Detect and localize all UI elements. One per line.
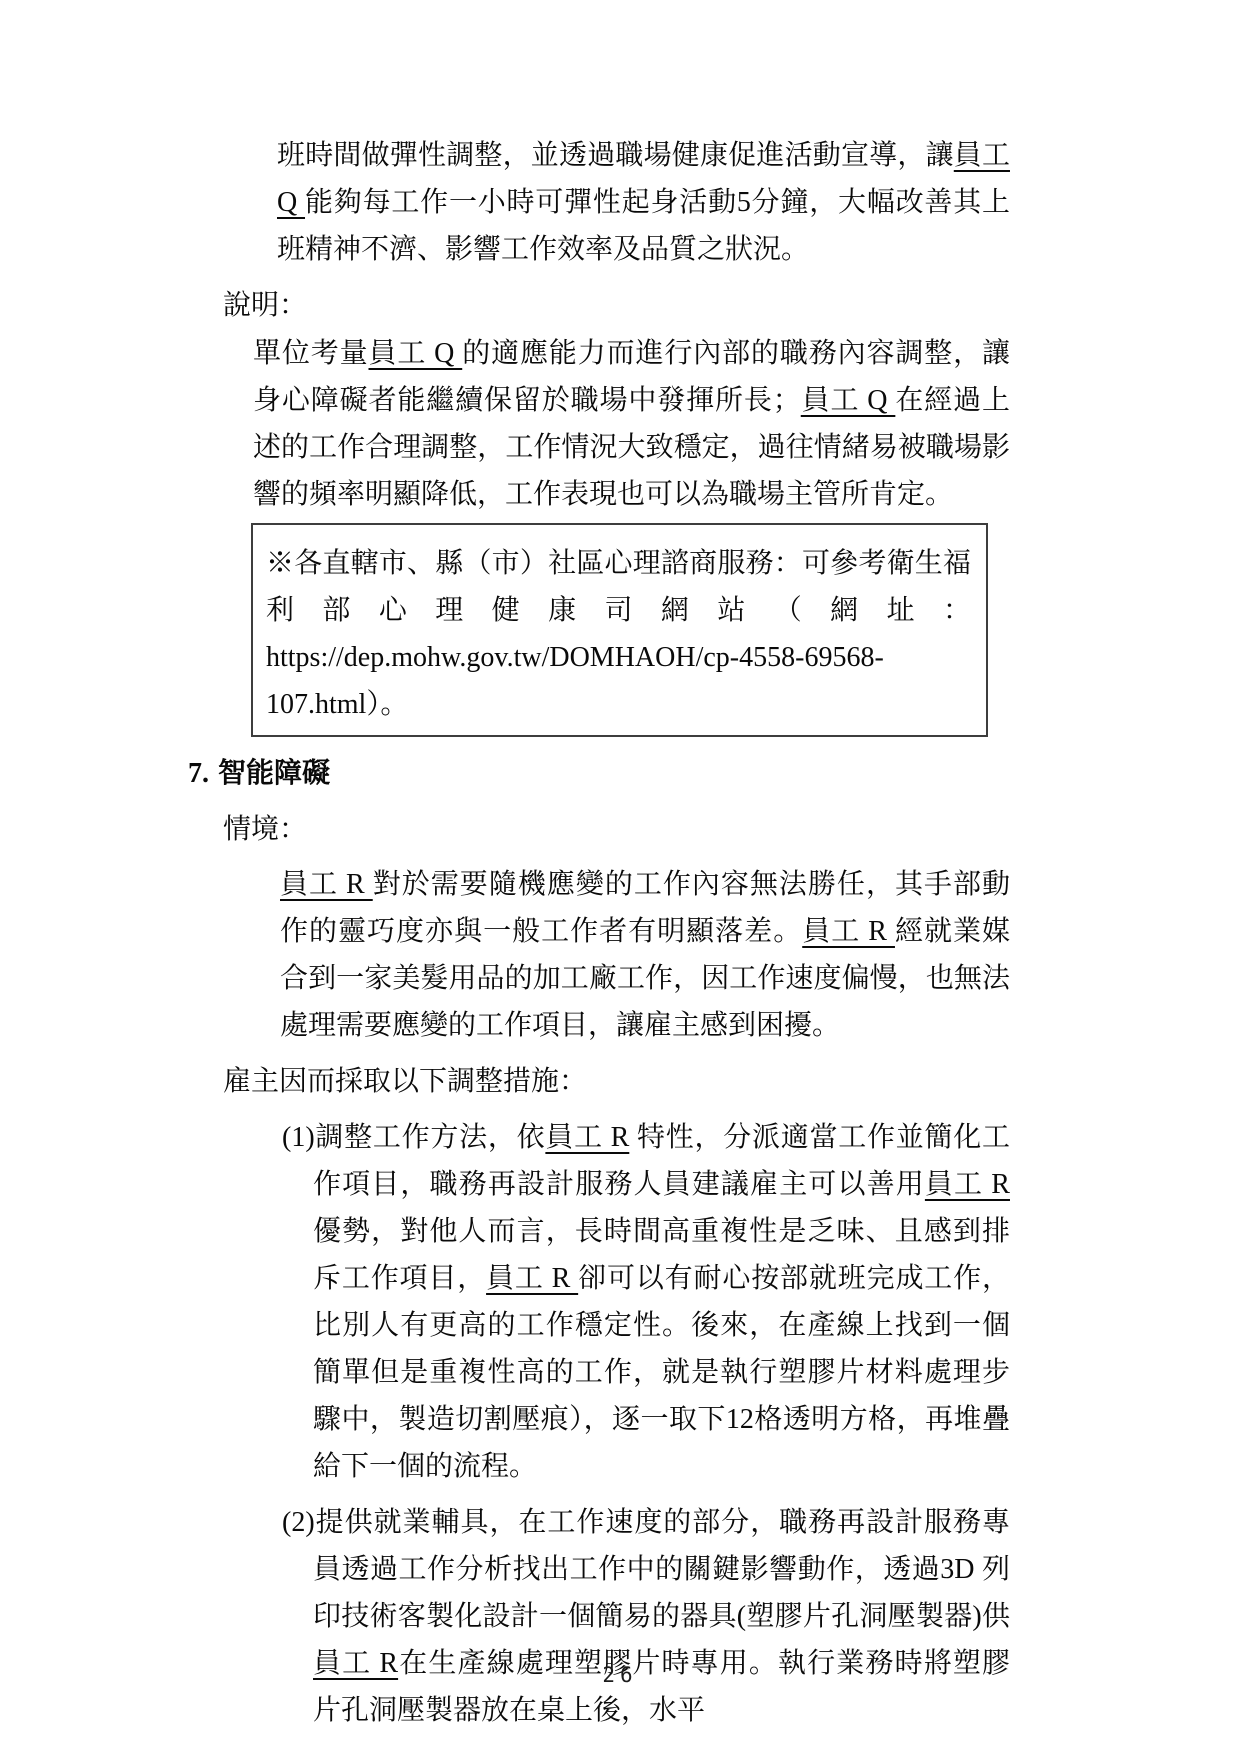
underlined-employee-ref: 員工 R <box>545 1122 629 1153</box>
text-run: 在生產線處理塑膠片時專用。執行業務時將塑膠片孔洞壓製器放在桌上後，水平 <box>313 1648 1010 1726</box>
underlined-employee-ref: 員工 R <box>802 916 895 947</box>
explain-label: 說明： <box>223 282 1010 329</box>
section-number: 7. <box>188 758 209 789</box>
scenario-label: 情境： <box>223 806 1010 853</box>
section-title: 智能障礙 <box>218 758 330 789</box>
measure-item-1: (1)調整工作方法，依員工 R 特性，分派適當工作並簡化工作項目，職務再設計服務… <box>282 1114 1010 1490</box>
text-run: ※各直轄市、縣（市）社區心理諮商服務：可參考衛生福利部心理健康司網站（網址：ht… <box>266 548 971 720</box>
note-box-text: ※各直轄市、縣（市）社區心理諮商服務：可參考衛生福利部心理健康司網站（網址：ht… <box>266 548 971 720</box>
section-heading: 7.智能障礙 <box>188 750 1010 797</box>
underlined-employee-ref: 員工 Q <box>801 385 896 416</box>
text-run: 調整工作方法，依 <box>315 1122 546 1153</box>
text-run: 提供就業輔具，在工作速度的部分，職務再設計服務專員透過工作分析找出工作中的關鍵影… <box>313 1507 1010 1632</box>
measure-2-marker: (2) <box>282 1507 315 1538</box>
text-run: 能夠每工作一小時可彈性起身活動5分鐘，大幅改善其上班精神不濟、影響工作效率及品質… <box>277 187 1010 265</box>
document-body: 班時間做彈性調整，並透過職場健康促進活動宣導，讓員工 Q 能夠每工作一小時可彈性… <box>188 132 1010 1734</box>
text-run: 卻可以有耐心按部就班完成工作，比別人有更高的工作穩定性。後來，在產線上找到一個簡… <box>313 1263 1010 1482</box>
text-run: 班時間做彈性調整，並透過職場健康促進活動宣導，讓 <box>277 140 954 171</box>
underlined-employee-ref: 員工 R <box>925 1169 1010 1200</box>
document-page: 班時間做彈性調整，並透過職場健康促進活動宣導，讓員工 Q 能夠每工作一小時可彈性… <box>0 0 1240 1755</box>
measure-1-marker: (1) <box>282 1122 315 1153</box>
measure-item-2: (2)提供就業輔具，在工作速度的部分，職務再設計服務專員透過工作分析找出工作中的… <box>282 1499 1010 1734</box>
underlined-employee-ref: 員工 Q <box>369 338 463 369</box>
underlined-employee-ref: 員工 R <box>280 869 373 900</box>
paragraph-continuation: 班時間做彈性調整，並透過職場健康促進活動宣導，讓員工 Q 能夠每工作一小時可彈性… <box>277 132 1010 273</box>
measure-2-text: 提供就業輔具，在工作速度的部分，職務再設計服務專員透過工作分析找出工作中的關鍵影… <box>313 1507 1010 1726</box>
page-number: 26 <box>0 1663 1240 1687</box>
measures-intro: 雇主因而採取以下調整措施： <box>223 1058 1010 1105</box>
explain-paragraph: 單位考量員工 Q 的適應能力而進行內部的職務內容調整，讓身心障礙者能繼續保留於職… <box>253 330 1010 518</box>
text-run: 單位考量 <box>253 338 369 369</box>
measure-1-text: 調整工作方法，依員工 R 特性，分派適當工作並簡化工作項目，職務再設計服務人員建… <box>313 1122 1010 1482</box>
underlined-employee-ref: 員工 R <box>486 1263 578 1294</box>
scenario-paragraph: 員工 R 對於需要隨機應變的工作內容無法勝任，其手部動作的靈巧度亦與一般工作者有… <box>280 861 1010 1049</box>
note-box: ※各直轄市、縣（市）社區心理諮商服務：可參考衛生福利部心理健康司網站（網址：ht… <box>251 523 988 737</box>
